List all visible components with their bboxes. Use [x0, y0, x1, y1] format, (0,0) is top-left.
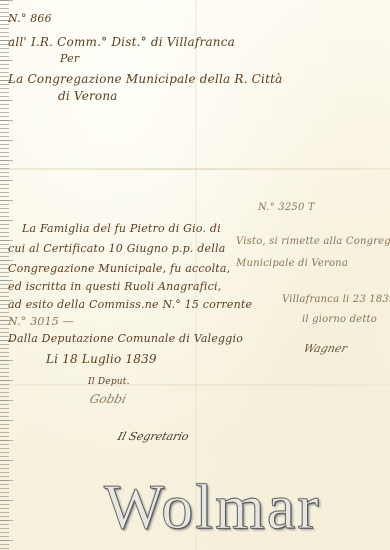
signature: Gobbi [88, 392, 128, 406]
body-line: ad esito della Commiss.ne N.° 15 corrent… [8, 298, 252, 311]
protocol-number: N.° 3250 T [258, 202, 315, 213]
closing-date: Li 18 Luglio 1839 [46, 352, 157, 366]
body-line: La Famiglia del fu Pietro di Gio. di [22, 222, 221, 235]
signature: Wagner [302, 342, 348, 355]
addressee-line: all' I.R. Comm.° Dist.° di Villafranca [8, 35, 235, 49]
addressee-line: La Congregazione Municipale della R. Cit… [8, 72, 283, 86]
signature-title: Il Deput. [88, 377, 130, 387]
addressee-line: Per [60, 52, 79, 65]
body-line: N.° 3015 — [8, 315, 74, 328]
closing-line: Dalla Deputazione Comunale di Valeggio [8, 332, 243, 345]
addressee-line: di Verona [58, 89, 118, 103]
place-date: Villafranca li 23 1839 [282, 294, 390, 305]
body-line: Municipale di Verona [236, 258, 348, 269]
body-line: cui al Certificato 10 Giugno p.p. della [8, 242, 225, 255]
body-line: Congregazione Municipale, fu accolta, [8, 262, 230, 275]
watermark-logo: Wolmar [104, 470, 321, 544]
signature: Il Segretario [116, 430, 190, 443]
body-line: ed iscritta in questi Ruoli Anagrafici, [8, 280, 221, 293]
body-line: Visto, si rimette alla Congregazione [236, 236, 390, 247]
protocol-number: N.° 866 [8, 12, 52, 25]
date-line: il giorno detto [302, 314, 377, 325]
